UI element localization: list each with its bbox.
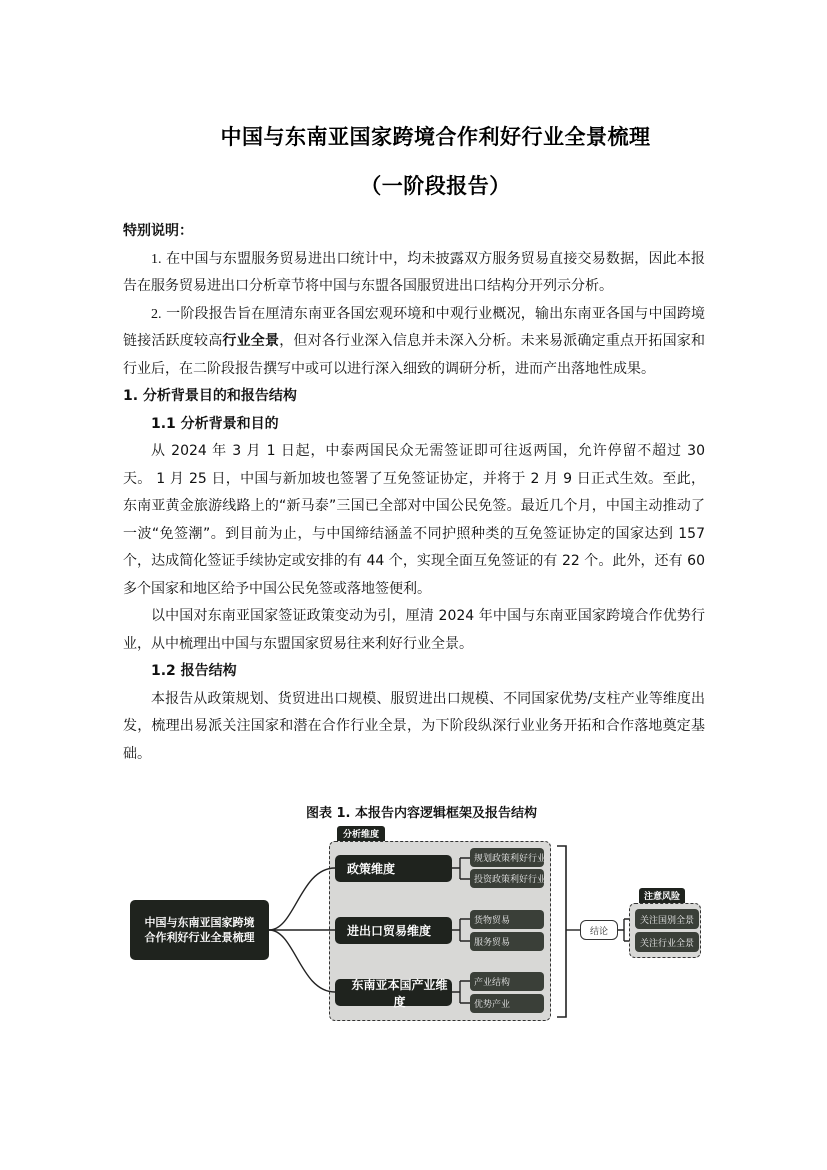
leaf-node: 规划政策利好行业 bbox=[470, 848, 544, 867]
root-node: 中国与东南亚国家跨境合作利好行业全景梳理 bbox=[130, 900, 269, 960]
dimension-node-trade: 进出口贸易维度 bbox=[335, 917, 452, 944]
leaf-node: 货物贸易 bbox=[470, 910, 544, 929]
root-node-label: 中国与东南亚国家跨境合作利好行业全景梳理 bbox=[144, 915, 256, 945]
conclusion-node: 结论 bbox=[580, 920, 618, 940]
leaf-node: 产业结构 bbox=[470, 972, 544, 991]
dimension-label: 政策维度 bbox=[347, 860, 395, 877]
risk-tag: 注意风险 bbox=[639, 888, 685, 903]
logic-framework-diagram: 分析维度 中国与东南亚国家跨境合作利好行业全景梳理 bbox=[0, 0, 827, 1170]
leaf-node: 投资政策利好行业 bbox=[470, 869, 544, 888]
dimension-node-industry: 东南亚本国产业维度 bbox=[335, 979, 452, 1006]
outcome-node: 关注行业全景 bbox=[635, 932, 699, 952]
leaf-node: 优势产业 bbox=[470, 994, 544, 1013]
dimension-label: 进出口贸易维度 bbox=[347, 922, 431, 939]
document-page: 中国与东南亚国家跨境合作利好行业全景梳理 （一阶段报告） 特别说明： 1. 在中… bbox=[0, 0, 827, 1170]
outcome-node: 关注国别全景 bbox=[635, 909, 699, 929]
leaf-node: 服务贸易 bbox=[470, 932, 544, 951]
dimension-label: 东南亚本国产业维度 bbox=[347, 976, 452, 1010]
dimension-node-policy: 政策维度 bbox=[335, 855, 452, 882]
